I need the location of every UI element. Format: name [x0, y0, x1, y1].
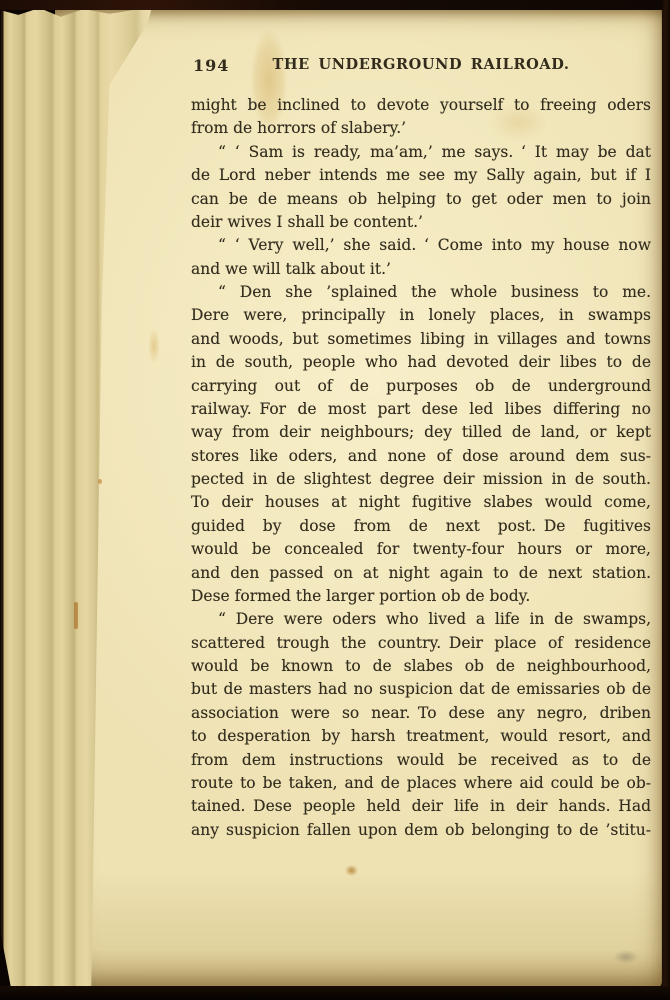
text-line: way from deir neighbours; dey tilled de … [191, 421, 651, 444]
text-line: and den passed on at night again to de n… [191, 562, 651, 585]
book-cover-bottom-edge [0, 986, 670, 1000]
text-line: guided by dose from de next post. De fug… [191, 515, 651, 538]
text-line: “ Dere were oders who lived a life in de… [191, 608, 651, 631]
text-line: stores like oders, and none of dose arou… [191, 445, 651, 468]
text-line: Dese formed the larger portion ob de bod… [191, 585, 651, 608]
text-line: would be known to de slabes ob de neighb… [191, 655, 651, 678]
book-cover-top-edge [0, 0, 670, 10]
text-line: and we will talk about it.’ [191, 258, 651, 281]
text-line: de Lord neber intends me see my Sally ag… [191, 164, 651, 187]
text-line: tained. Dese people held deir life in de… [191, 795, 651, 818]
text-line: and woods, but sometimes libing in villa… [191, 328, 651, 351]
text-line: in de south, people who had devoted deir… [191, 351, 651, 374]
text-line: to desperation by harsh treatment, would… [191, 725, 651, 748]
text-line: carrying out of de purposes ob de underg… [191, 375, 651, 398]
text-line: association were so near. To dese any ne… [191, 702, 651, 725]
page-text: might be inclined to devote yourself to … [191, 94, 651, 842]
text-line: deir wives I shall be content.’ [191, 211, 651, 234]
text-line: can be de means ob helping to get oder m… [191, 188, 651, 211]
text-line: but de masters had no suspicion dat de e… [191, 678, 651, 701]
book-cover-right-edge [661, 0, 670, 1000]
page-number: 194 [193, 56, 229, 75]
text-line: “ ‘ Very well,’ she said. ‘ Come into my… [191, 234, 651, 257]
text-line: To deir houses at night fugitive slabes … [191, 491, 651, 514]
text-line: railway. For de most part dese led libes… [191, 398, 651, 421]
text-line: “ ‘ Sam is ready, ma’am,’ me says. ‘ It … [191, 141, 651, 164]
text-line: from de horrors of slabery.’ [191, 117, 651, 140]
text-line: Dere were, principally in lonely places,… [191, 304, 651, 327]
text-line: scattered trough the country. Deir place… [191, 632, 651, 655]
text-line: any suspicion fallen upon dem ob belongi… [191, 819, 651, 842]
page-header: 194 THE UNDERGROUND RAILROAD. [191, 56, 651, 78]
text-line: would be concealed for twenty-four hours… [191, 538, 651, 561]
running-title: THE UNDERGROUND RAILROAD. [191, 56, 651, 73]
text-line: route to be taken, and de places where a… [191, 772, 651, 795]
book-scan-photo: 194 THE UNDERGROUND RAILROAD. might be i… [0, 0, 670, 1000]
text-line: might be inclined to devote yourself to … [191, 94, 651, 117]
text-line: “ Den she ’splained the whole business t… [191, 281, 651, 304]
text-line: pected in de slightest degree deir missi… [191, 468, 651, 491]
text-line: from dem instructions would be received … [191, 749, 651, 772]
